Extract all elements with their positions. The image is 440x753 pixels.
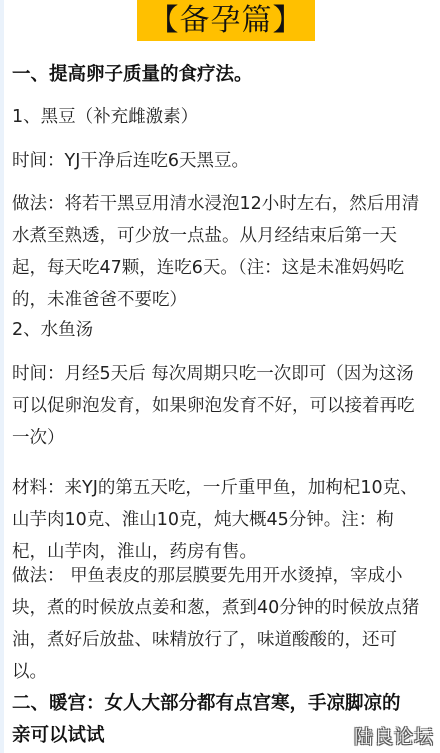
section1-heading: 一、提高卵子质量的食疗法。 <box>12 60 253 86</box>
heading-line: 亲可以试试 <box>12 720 401 752</box>
item1-method: 做法：将若干黑豆用清水浸泡12小时左右，然后用清 水煮至熟透，可少放一点盐。从月… <box>12 188 419 316</box>
item1-title: 1、黑豆（补充雌激素） <box>12 101 198 133</box>
item2-time: 时间：月经5天后 每次周期只吃一次即可（因为这汤 可以促卵泡发育，如果卵泡发育不… <box>12 358 415 454</box>
text-line: 材料：来YJ的第五天吃，一斤重甲鱼，加枸杞10克、 <box>12 472 418 504</box>
text-line: 做法：将若干黑豆用清水浸泡12小时左右，然后用清 <box>12 188 419 220</box>
text-line: 以。 <box>12 656 419 688</box>
text-line: 起，每天吃47颗，连吃6天。（注：这是未准妈妈吃 <box>12 252 419 284</box>
page-title-banner: 【备孕篇】 <box>137 0 315 41</box>
text-line: 做法： 甲鱼表皮的那层膜要先用开水烫掉，宰成小 <box>12 560 419 592</box>
item1-time: 时间：YJ干净后连吃6天黑豆。 <box>12 145 249 177</box>
text-line: 时间：月经5天后 每次周期只吃一次即可（因为这汤 <box>12 358 415 390</box>
heading-line: 二、暖宫：女人大部分都有点宫寒，手凉脚凉的 <box>12 688 401 720</box>
text-line: 块，煮的时候放点姜和葱，煮到40分钟的时候放点猪 <box>12 592 419 624</box>
text-line: 一次） <box>12 422 415 454</box>
section2-heading: 二、暖宫：女人大部分都有点宫寒，手凉脚凉的 亲可以试试 <box>12 688 401 752</box>
banner-area: 【备孕篇】 <box>0 0 440 42</box>
text-line: 水煮至熟透，可少放一点盐。从月经结束后第一天 <box>12 220 419 252</box>
text-line: 山芋肉10克、淮山10克，炖大概45分钟。注：枸 <box>12 504 418 536</box>
item2-method: 做法： 甲鱼表皮的那层膜要先用开水烫掉，宰成小 块，煮的时候放点姜和葱，煮到40… <box>12 560 419 688</box>
forum-watermark: 陆良论坛 <box>354 722 434 749</box>
text-line: 的，未准爸爸不要吃） <box>12 284 419 316</box>
text-line: 油，煮好后放盐、味精放行了，味道酸酸的，还可 <box>12 624 419 656</box>
left-edge-strip <box>0 0 4 753</box>
item2-materials: 材料：来YJ的第五天吃，一斤重甲鱼，加枸杞10克、 山芋肉10克、淮山10克，炖… <box>12 472 418 568</box>
item2-title: 2、水鱼汤 <box>12 314 93 346</box>
text-line: 可以促卵泡发育，如果卵泡发育不好，可以接着再吃 <box>12 390 415 422</box>
